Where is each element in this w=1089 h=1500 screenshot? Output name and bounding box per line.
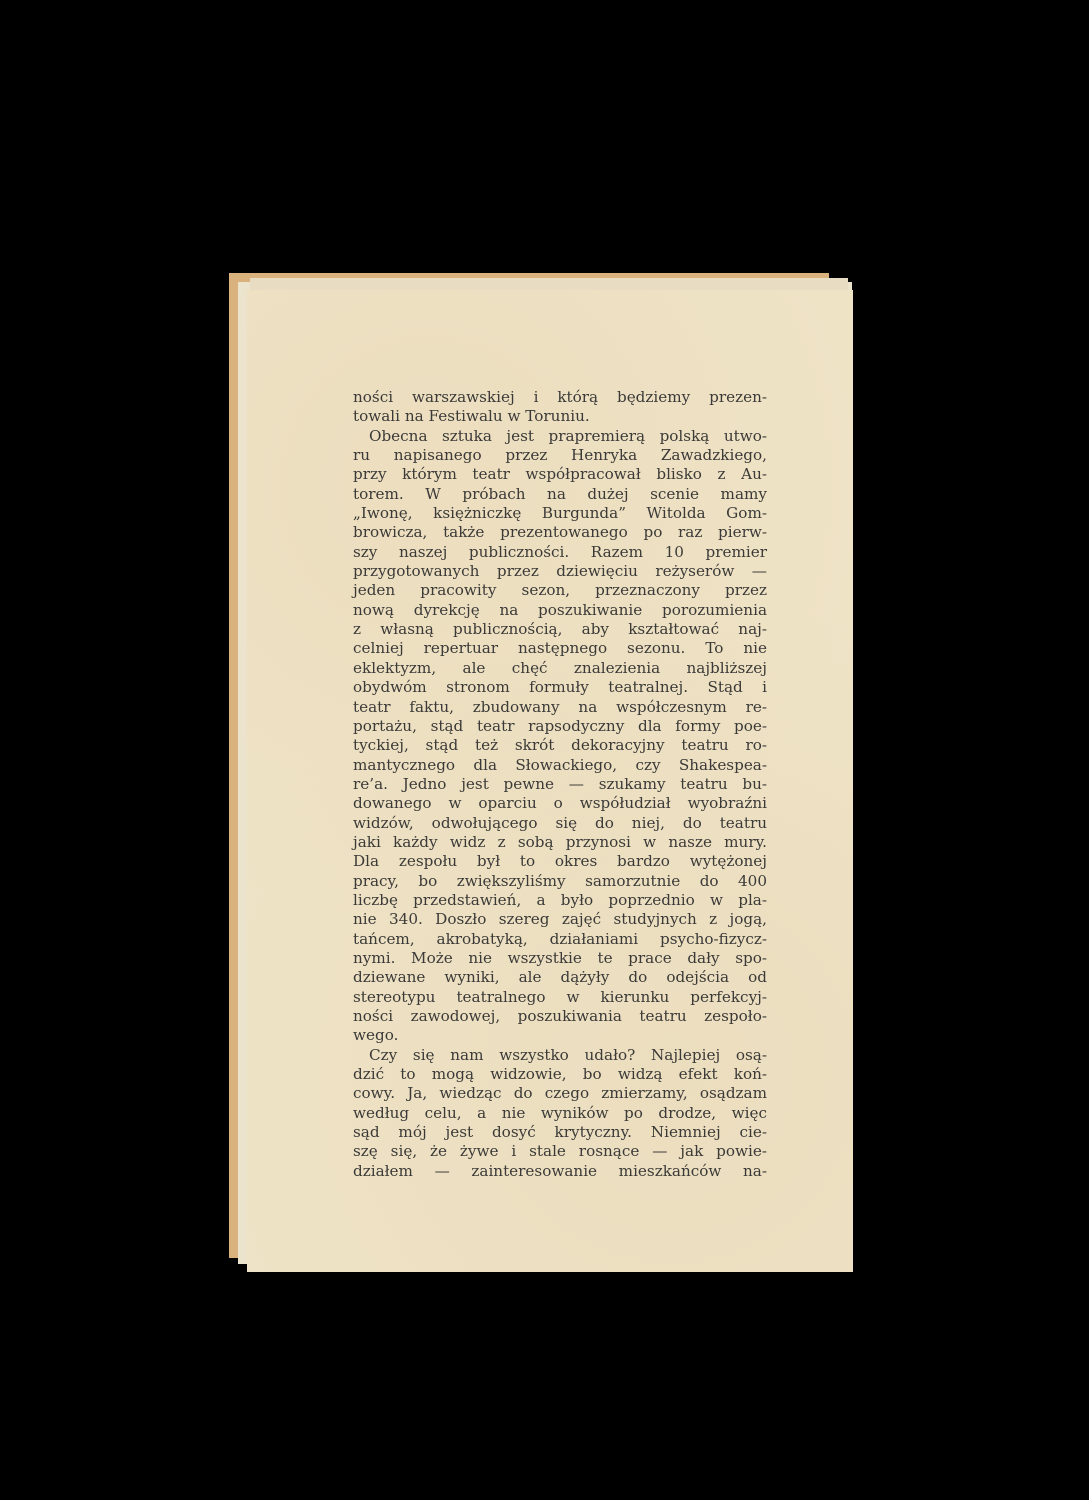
text-line: szy naszej publiczności. Razem 10 premie… [353,543,767,562]
text-line: przy którym teatr współpracował blisko z… [353,465,767,484]
text-line: towali na Festiwalu w Toruniu. [353,407,767,426]
text-line: mantycznego dla Słowackiego, czy Shakesp… [353,756,767,775]
text-line: portażu, stąd teatr rapsodyczny dla form… [353,717,767,736]
paragraph: Obecna sztuka jest prapremierą polską ut… [353,427,767,1046]
body-text: ności warszawskiej i którą będziemy prez… [353,388,767,1181]
text-line: Obecna sztuka jest prapremierą polską ut… [353,427,767,446]
text-line: nie 340. Doszło szereg zajęć studyjnych … [353,910,767,929]
text-line: eklektyzm, ale chęć znalezienia najbliżs… [353,659,767,678]
text-line: „Iwonę, księżniczkę Burgunda” Witolda Go… [353,504,767,523]
text-line: liczbę przedstawień, a było poprzednio w… [353,891,767,910]
text-line: Dla zespołu był to okres bardzo wytężone… [353,852,767,871]
text-line: re’a. Jedno jest pewne — szukamy teatru … [353,775,767,794]
text-line: dziewane wyniki, ale dążyły do odejścia … [353,968,767,987]
text-line: sąd mój jest dosyć krytyczny. Niemniej c… [353,1123,767,1142]
text-line: jeden pracowity sezon, przeznaczony prze… [353,581,767,600]
text-line: z własną publicznością, aby kształtować … [353,620,767,639]
text-line: celniej repertuar następnego sezonu. To … [353,639,767,658]
text-line: pracy, bo zwiększyliśmy samorzutnie do 4… [353,872,767,891]
text-line: działem — zainteresowanie mieszkańców na… [353,1162,767,1181]
text-line: szę się, że żywe i stale rosnące — jak p… [353,1142,767,1161]
text-line: ności zawodowej, poszukiwania teatru zes… [353,1007,767,1026]
text-line: dzić to mogą widzowie, bo widzą efekt ko… [353,1065,767,1084]
text-line: nową dyrekcję na poszukiwanie porozumien… [353,601,767,620]
paragraph: Czy się nam wszystko udało? Najlepiej os… [353,1046,767,1181]
text-line: tyckiej, stąd też skrót dekoracyjny teat… [353,736,767,755]
text-line: ru napisanego przez Henryka Zawadzkiego, [353,446,767,465]
text-line: torem. W próbach na dużej scenie mamy [353,485,767,504]
text-line: browicza, także prezentowanego po raz pi… [353,523,767,542]
text-line: jaki każdy widz z sobą przynosi w nasze … [353,833,767,852]
paragraph: ności warszawskiej i którą będziemy prez… [353,388,767,427]
text-line: przygotowanych przez dziewięciu reżyseró… [353,562,767,581]
text-line: stereotypu teatralnego w kierunku perfek… [353,988,767,1007]
text-line: dowanego w oparciu o współudział wyobraź… [353,794,767,813]
text-line: teatr faktu, zbudowany na współczesnym r… [353,698,767,717]
text-line: obydwóm stronom formuły teatralnej. Stąd… [353,678,767,697]
text-line: ności warszawskiej i którą będziemy prez… [353,388,767,407]
text-line: według celu, a nie wyników po drodze, wi… [353,1104,767,1123]
text-line: tańcem, akrobatyką, działaniami psycho-f… [353,930,767,949]
text-line: wego. [353,1026,767,1045]
text-line: cowy. Ja, wiedząc do czego zmierzamy, os… [353,1084,767,1103]
text-line: Czy się nam wszystko udało? Najlepiej os… [353,1046,767,1065]
text-line: nymi. Może nie wszystkie te prace dały s… [353,949,767,968]
text-line: widzów, odwołującego się do niej, do tea… [353,814,767,833]
